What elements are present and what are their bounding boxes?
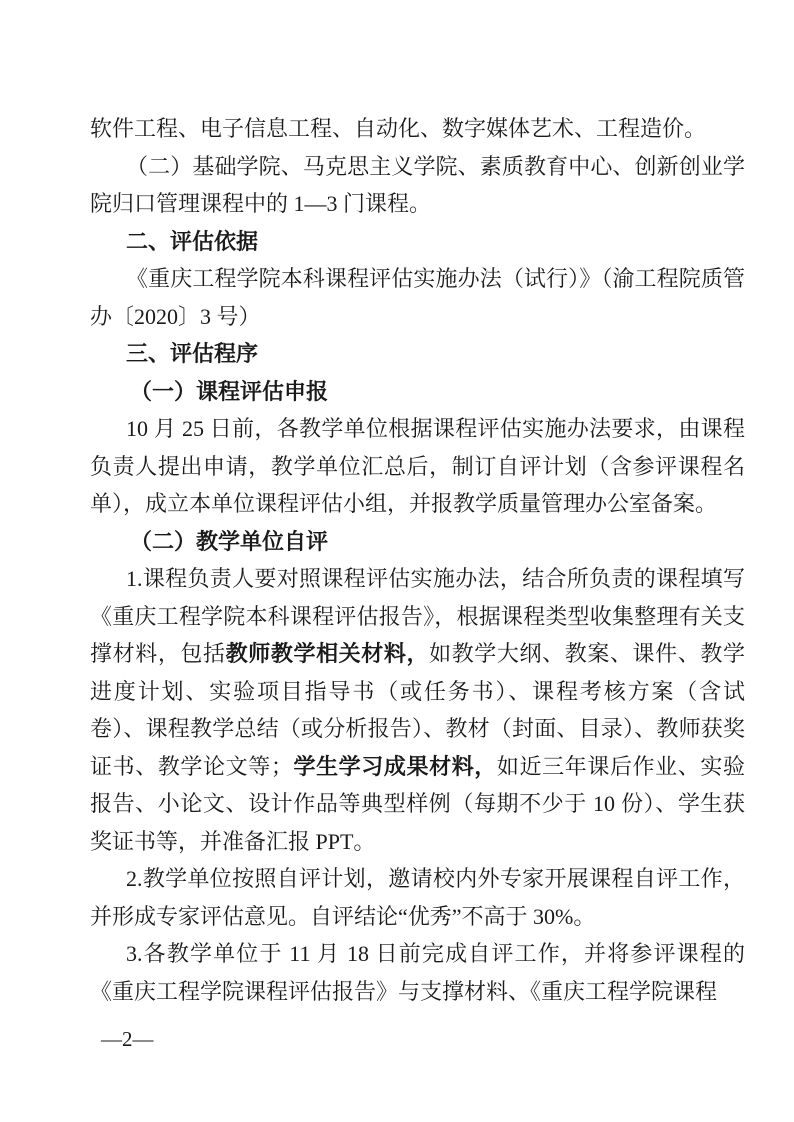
- paragraph-evaluation-basis: 《重庆工程学院本科课程评估实施办法（试行）》（渝工程院质管办〔2020〕3 号）: [90, 260, 745, 335]
- document-body: 软件工程、电子信息工程、自动化、数字媒体艺术、工程造价。 （二）基础学院、马克思…: [90, 110, 745, 1010]
- paragraph-scope-item-2: （二）基础学院、马克思主义学院、素质教育中心、创新创业学院归口管理课程中的 1—…: [90, 148, 745, 223]
- paragraph-self-eval-1: 1.课程负责人要对照课程评估实施办法，结合所负责的课程填写《重庆工程学院本科课程…: [90, 560, 745, 860]
- section-heading-evaluation-procedure: 三、评估程序: [90, 335, 745, 373]
- document-page: 软件工程、电子信息工程、自动化、数字媒体艺术、工程造价。 （二）基础学院、马克思…: [0, 0, 794, 1122]
- paragraph-continuation: 软件工程、电子信息工程、自动化、数字媒体艺术、工程造价。: [90, 110, 745, 148]
- paragraph-self-eval-2: 2.教学单位按照自评计划，邀请校内外专家开展课程自评工作，并形成专家评估意见。自…: [90, 860, 745, 935]
- bold-student-materials: 学生学习成果材料，: [293, 754, 497, 779]
- subsection-heading-course-declare: （一）课程评估申报: [90, 373, 745, 411]
- bold-teacher-materials: 教师教学相关材料，: [226, 641, 429, 666]
- page-number: —2—: [101, 1027, 154, 1051]
- paragraph-self-eval-3: 3.各教学单位于 11 月 18 日前完成自评工作，并将参评课程的《重庆工程学院…: [90, 935, 745, 1010]
- subsection-heading-unit-self-eval: （二）教学单位自评: [90, 523, 745, 561]
- section-heading-evaluation-basis: 二、评估依据: [90, 223, 745, 261]
- paragraph-course-declare: 10 月 25 日前，各教学单位根据课程评估实施办法要求，由课程负责人提出申请，…: [90, 410, 745, 523]
